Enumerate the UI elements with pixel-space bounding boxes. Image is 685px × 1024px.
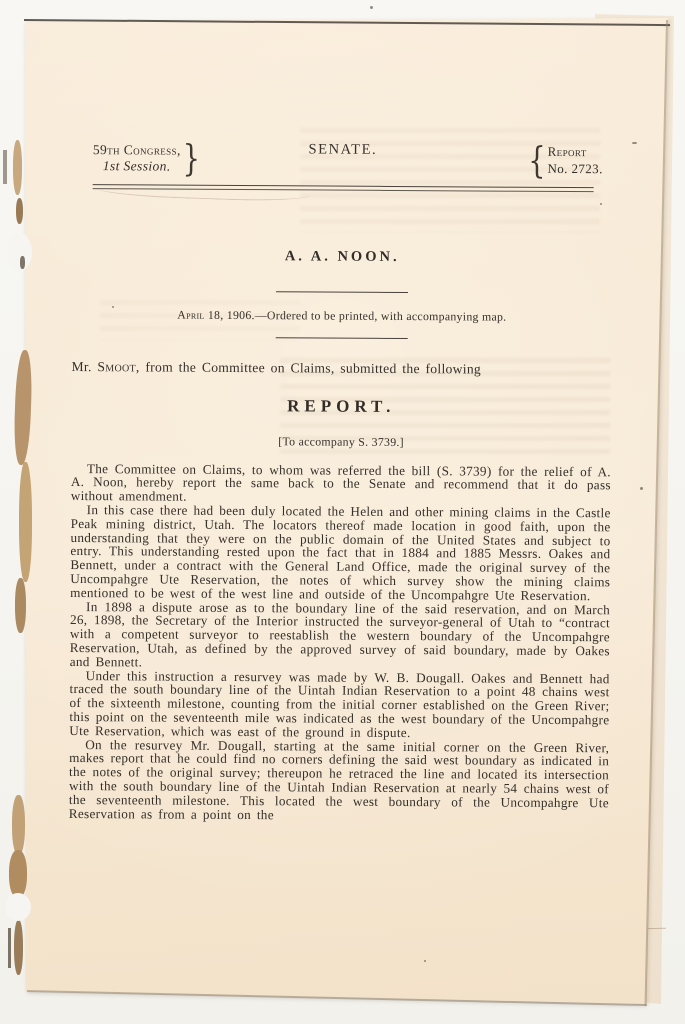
torn-edge-notch <box>5 893 31 921</box>
body-paragraph: Under this instruction a resurvey was ma… <box>69 669 609 741</box>
order-month: April <box>177 307 204 321</box>
dust-speck <box>640 487 643 490</box>
congress-session-block: 59th Congress, 1st Session. <box>93 142 181 175</box>
binding-remnant <box>16 198 23 224</box>
submission-line: Mr. Smoot, from the Committee on Claims,… <box>72 359 612 378</box>
binding-remnant <box>12 795 25 855</box>
dust-speck <box>600 203 602 205</box>
report-label: Report <box>548 144 603 161</box>
edge-mark <box>20 256 25 269</box>
dust-speck <box>370 6 373 9</box>
submitter-prefix: Mr. <box>72 359 98 374</box>
masthead-right-group: { Report No. 2723. <box>526 144 603 178</box>
dust-speck <box>424 960 426 962</box>
edge-mark <box>3 150 7 184</box>
report-heading: REPORT. <box>71 395 611 418</box>
submission-rest: , from the Committee on Claims, submitte… <box>136 359 481 376</box>
accompany-line: [To accompany S. 3739.] <box>71 433 611 451</box>
order-date-rest: 18, 1906.—Ordered to be printed, with ac… <box>205 307 507 323</box>
body-paragraph: The Committee on Claims, to whom was ref… <box>71 462 611 507</box>
right-facing-brace-glyph: } <box>183 138 200 180</box>
congress-line: 59th Congress, <box>93 142 181 159</box>
document-title: A. A. NOON. <box>72 247 612 267</box>
masthead-left-group: 59th Congress, 1st Session. } <box>93 142 202 176</box>
binding-remnant <box>9 850 27 898</box>
document-page: 59th Congress, 1st Session. } SENATE. { … <box>0 0 685 1024</box>
page-content: 59th Congress, 1st Session. } SENATE. { … <box>69 130 613 824</box>
edge-mark <box>8 928 11 968</box>
divider-rule <box>276 337 408 339</box>
dust-speck <box>112 306 114 308</box>
binding-remnant <box>14 920 23 975</box>
session-line: 1st Session. <box>93 158 181 175</box>
masthead-divider-rule <box>93 184 594 192</box>
binding-remnant <box>13 140 22 195</box>
report-number-block: Report No. 2723. <box>547 144 602 178</box>
paper-shadow-wrap: 59th Congress, 1st Session. } SENATE. { … <box>0 0 685 1024</box>
body-paragraph: On the resurvey Mr. Dougall, starting at… <box>69 738 609 824</box>
binding-remnant <box>15 578 26 633</box>
masthead: 59th Congress, 1st Session. } SENATE. { … <box>73 136 613 183</box>
dust-speck <box>632 142 637 144</box>
report-number: No. 2723. <box>547 161 602 178</box>
submitter-name: Smoot <box>97 359 136 374</box>
order-date-line: April 18, 1906.—Ordered to be printed, w… <box>72 307 612 325</box>
divider-rule <box>276 291 408 293</box>
left-facing-brace-glyph: { <box>528 140 545 182</box>
body-paragraph: In this case there had been duly located… <box>70 503 611 603</box>
report-body: The Committee on Claims, to whom was ref… <box>69 462 611 824</box>
binding-remnant <box>19 462 32 582</box>
photo-background: 59th Congress, 1st Session. } SENATE. { … <box>0 0 685 1024</box>
body-paragraph: In 1898 a dispute arose as to the bounda… <box>70 600 610 672</box>
